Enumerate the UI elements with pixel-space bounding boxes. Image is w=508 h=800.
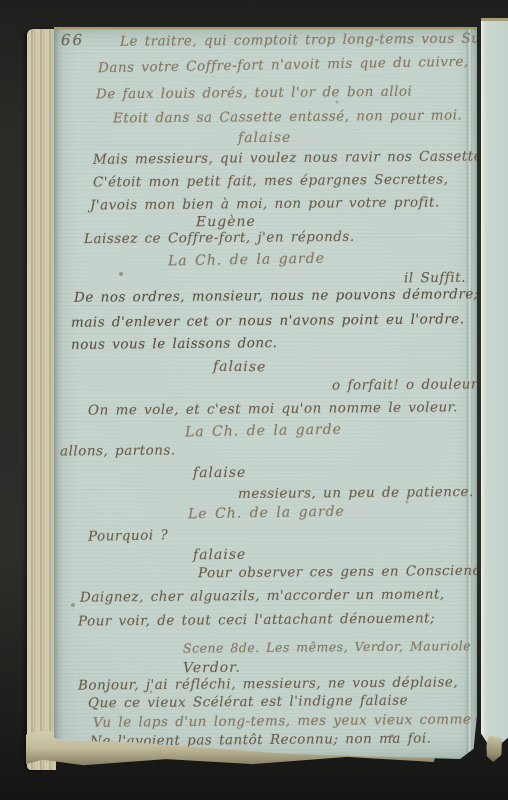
- speaker-name: Verdor.: [183, 660, 241, 678]
- verse-line: mais d'enlever cet or nous n'avons point…: [71, 311, 465, 331]
- speaker-name: falaise: [213, 359, 267, 377]
- verse-line: Le traitre, qui comptoit trop long-tems …: [120, 30, 477, 51]
- stage-cue: messieurs, un peu de patience.: [238, 484, 474, 503]
- verse-line: allons, partons.: [60, 442, 176, 460]
- speaker-name: falaise: [193, 465, 246, 482]
- verse-line: Daignez, cher alguazils, m'accorder un m…: [80, 586, 445, 606]
- manuscript-page: 66 Le traitre, qui comptoit trop long-te…: [54, 27, 477, 759]
- verse-line: Pour observer ces gens en Conscience.: [198, 563, 477, 583]
- stage-cue: il Suffit.: [404, 270, 466, 288]
- manuscript-scan: 66 Le traitre, qui comptoit trop long-te…: [0, 0, 508, 800]
- verse-line: Pourquoi ?: [88, 527, 168, 545]
- verse-line: De nos ordres, monsieur, nous ne pouvons…: [74, 286, 477, 307]
- speaker-name: falaise: [193, 547, 246, 564]
- speaker-name: falaise: [238, 130, 291, 147]
- facing-page-edge: [481, 18, 508, 751]
- speaker-name: La Ch. de la garde: [185, 422, 342, 442]
- verse-line: C'étoit mon petit fait, mes épargnes Sec…: [93, 171, 449, 191]
- verse-line: Que ce vieux Scélérat est l'indigne fala…: [88, 693, 408, 713]
- verse-line: Laissez ce Coffre-fort, j'en réponds.: [84, 229, 355, 248]
- stage-cue: o forfait! o douleur!: [332, 376, 477, 394]
- page-number: 66: [61, 32, 84, 49]
- speaker-name: Eugène: [196, 214, 256, 232]
- verse-line: Etoit dans sa Cassette entassé, non pour…: [113, 107, 462, 127]
- verse-line: Dans votre Coffre-fort n'avoit mis que d…: [98, 54, 469, 77]
- verse-line: On me vole, et c'est moi qu'on nomme le …: [88, 399, 458, 419]
- verse-line: Pour voir, de tout ceci l'attachant déno…: [78, 610, 435, 630]
- verse-line: J'avois mon bien à moi, non pour votre p…: [90, 194, 440, 214]
- verse-line: Vu le laps d'un long-tems, mes yeux vieu…: [93, 711, 477, 732]
- speaker-name: Le Ch. de la garde: [188, 504, 345, 524]
- ink-specks: [54, 29, 56, 31]
- verse-line: Bonjour, j'ai réfléchi, messieurs, ne vo…: [78, 674, 458, 694]
- speaker-name: La Ch. de la garde: [168, 251, 325, 271]
- book-page-edges: [27, 29, 56, 770]
- verse-line: De faux louis dorés, tout l'or de bon al…: [96, 84, 412, 104]
- verse-line: nous vous le laissons donc.: [71, 335, 278, 354]
- stage-direction: Scene 8de. Les mêmes, Verdor, Mauriole q…: [183, 636, 477, 656]
- verse-line: Mais messieurs, qui voulez nous ravir no…: [93, 148, 477, 168]
